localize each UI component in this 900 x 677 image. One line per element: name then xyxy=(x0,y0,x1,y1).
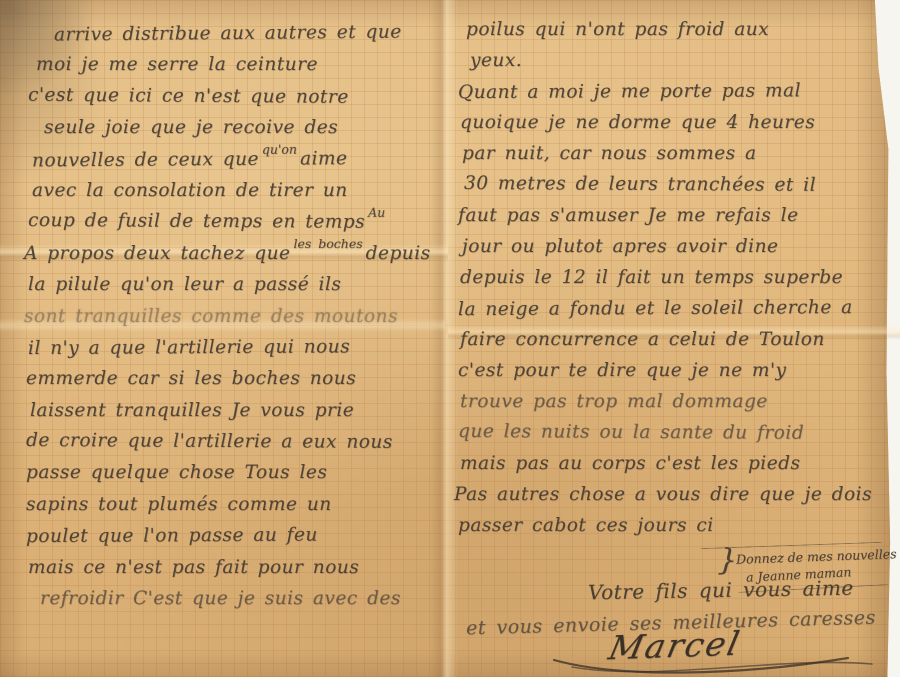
handwriting-line: 30 metres de leurs tranchées et il xyxy=(452,168,888,201)
handwriting-line: Pas autres chose a vous dire que je dois xyxy=(452,479,888,510)
handwriting-line: par nuit, car nous sommes a xyxy=(452,138,888,169)
line-text: aime xyxy=(300,148,348,169)
handwriting-line: coup de fusil de temps en tempsAu xyxy=(16,205,442,239)
handwriting-line: c'est que ici ce n'est que notre xyxy=(16,79,442,113)
handwriting-line: jour ou plutot apres avoir dine xyxy=(452,231,888,262)
handwriting-line: de croire que l'artillerie a eux nous xyxy=(16,425,442,459)
handwriting-line: laissent tranquilles Je vous prie xyxy=(16,395,442,426)
handwriting-line: mais pas au corps c'est les pieds xyxy=(452,448,888,479)
handwriting-line: quoique je ne dorme que 4 heures xyxy=(452,107,888,138)
handwriting-line: sapins tout plumés comme un xyxy=(16,489,442,520)
handwriting-line: poulet que l'on passe au feu xyxy=(16,519,442,553)
handwriting-line: trouve pas trop mal dommage xyxy=(452,386,888,417)
interline-insertion: qu'on xyxy=(262,133,297,165)
left-page: arrive distribue aux autres et que moi j… xyxy=(16,0,442,614)
handwriting-line: mais ce n'est pas fait pour nous xyxy=(16,552,442,583)
handwriting-line: A propos deux tachez queles bochesdepuis xyxy=(16,238,442,269)
handwriting-line: passer cabot ces jours ci xyxy=(452,510,888,541)
handwriting-line: poilus qui n'ont pas froid aux xyxy=(452,14,888,45)
handwriting-line: moi je me serre la ceinture xyxy=(16,49,442,80)
handwriting-line: il n'y a que l'artillerie qui nous xyxy=(16,331,442,365)
handwriting-line: passe quelque chose Tous les xyxy=(16,457,442,488)
handwriting-line: yeux. xyxy=(452,45,888,76)
handwriting-line: refroidir C'est que je suis avec des xyxy=(16,583,442,614)
handwriting-line: emmerde car si les boches nous xyxy=(16,363,442,394)
scanned-letter: arrive distribue aux autres et que moi j… xyxy=(0,0,900,677)
line-text: nouvelles de ceux que xyxy=(32,148,259,171)
handwriting-line: que les nuits ou la sante du froid xyxy=(452,416,888,449)
interline-insertion: les boches xyxy=(293,228,362,259)
line-text: A propos deux tachez que xyxy=(24,243,290,264)
interline-insertion: Au xyxy=(368,197,385,228)
handwriting-line: nouvelles de ceux quequ'onaime xyxy=(16,142,442,176)
handwriting-line: arrive distribue aux autres et que xyxy=(16,16,442,51)
closing-line: Votre fils qui vous aime xyxy=(588,576,854,605)
note-brace-mark: } xyxy=(717,543,738,579)
signature-flourish xyxy=(548,652,878,677)
handwriting-line: la neige a fondu et le soleil cherche a xyxy=(452,292,888,325)
handwriting-line: faire concurrence a celui de Toulon xyxy=(452,324,888,355)
handwriting-line: seule joie que je recoive des xyxy=(16,112,442,143)
handwriting-line: c'est pour te dire que je ne m'y xyxy=(452,355,888,386)
line-text: depuis xyxy=(366,243,431,264)
handwriting-line-faded: sont tranquilles comme des moutons xyxy=(16,301,442,332)
handwriting-line: Quant a moi je me porte pas mal xyxy=(452,75,888,108)
handwriting-line: depuis le 12 il fait un temps superbe xyxy=(452,262,888,293)
right-page: poilus qui n'ont pas froid aux yeux. Qua… xyxy=(452,0,888,541)
handwriting-line: la pilule qu'on leur a passé ils xyxy=(16,269,442,300)
handwriting-line: faut pas s'amuser Je me refais le xyxy=(452,200,888,231)
